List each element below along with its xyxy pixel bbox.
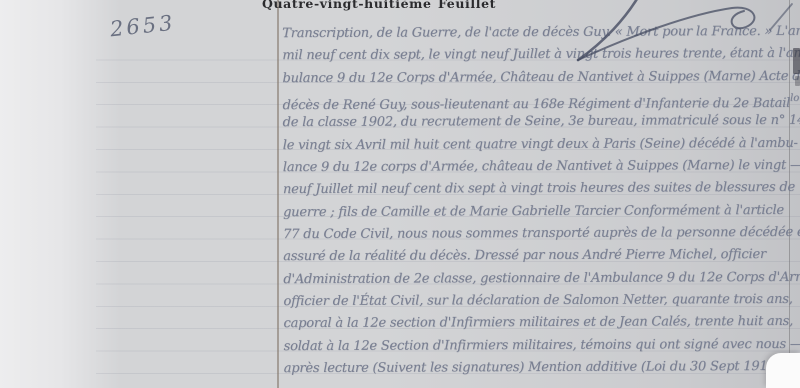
manuscript-line: de la classe 1902, du recrutement de Sei…: [283, 110, 800, 135]
manuscript-line: soldat à la 12e Section d'Infirmiers mil…: [284, 334, 800, 359]
manuscript-line: mil neuf cent dix sept, le vingt neuf Ju…: [282, 43, 799, 68]
manuscript-line: bulance 9 du 12e Corps d'Armée, Château …: [282, 66, 799, 91]
manuscript-line: assuré de la réalité du décès. Dressé pa…: [283, 244, 800, 269]
printed-folio-header: Quatre-vingt-huitième Feuillet: [262, 0, 496, 11]
scan-edge-artifact: [795, 76, 800, 86]
manuscript-line: d'Administration de 2e classe, gestionna…: [283, 267, 800, 292]
manuscript-line: caporal à la 12e section d'Infirmiers mi…: [283, 311, 800, 336]
manuscript-line: neuf Juillet mil neuf cent dix sept à vi…: [283, 177, 800, 202]
left-margin-rule: [277, 0, 279, 388]
manuscript-line: guerre ; fils de Camille et de Marie Gab…: [283, 200, 800, 225]
register-page-scan: Quatre-vingt-huitième Feuillet 2653 Tran…: [0, 0, 800, 388]
scan-edge-artifact: [793, 48, 800, 74]
manuscript-line: décès de René Guy, sous-lieutenant au 16…: [283, 88, 800, 113]
manuscript-line: après lecture (Suivent les signatures) M…: [284, 356, 800, 381]
manuscript-line: lance 9 du 12e corps d'Armée, château de…: [283, 155, 800, 180]
manuscript-line: Transcription, de la Guerre, de l'acte d…: [282, 21, 799, 46]
manuscript-line: 77 du Code Civil, nous nous sommes trans…: [283, 222, 800, 247]
manuscript-line: le vingt six Avril mil huit cent quatre …: [283, 133, 800, 158]
scan-corner-notch: [766, 353, 800, 388]
interlinear-addition: lon: [790, 93, 800, 104]
manuscript-text: Transcription, de la Guerre, de l'acte d…: [282, 21, 800, 381]
manuscript-line: officier de l'État Civil, sur la déclara…: [283, 289, 800, 314]
